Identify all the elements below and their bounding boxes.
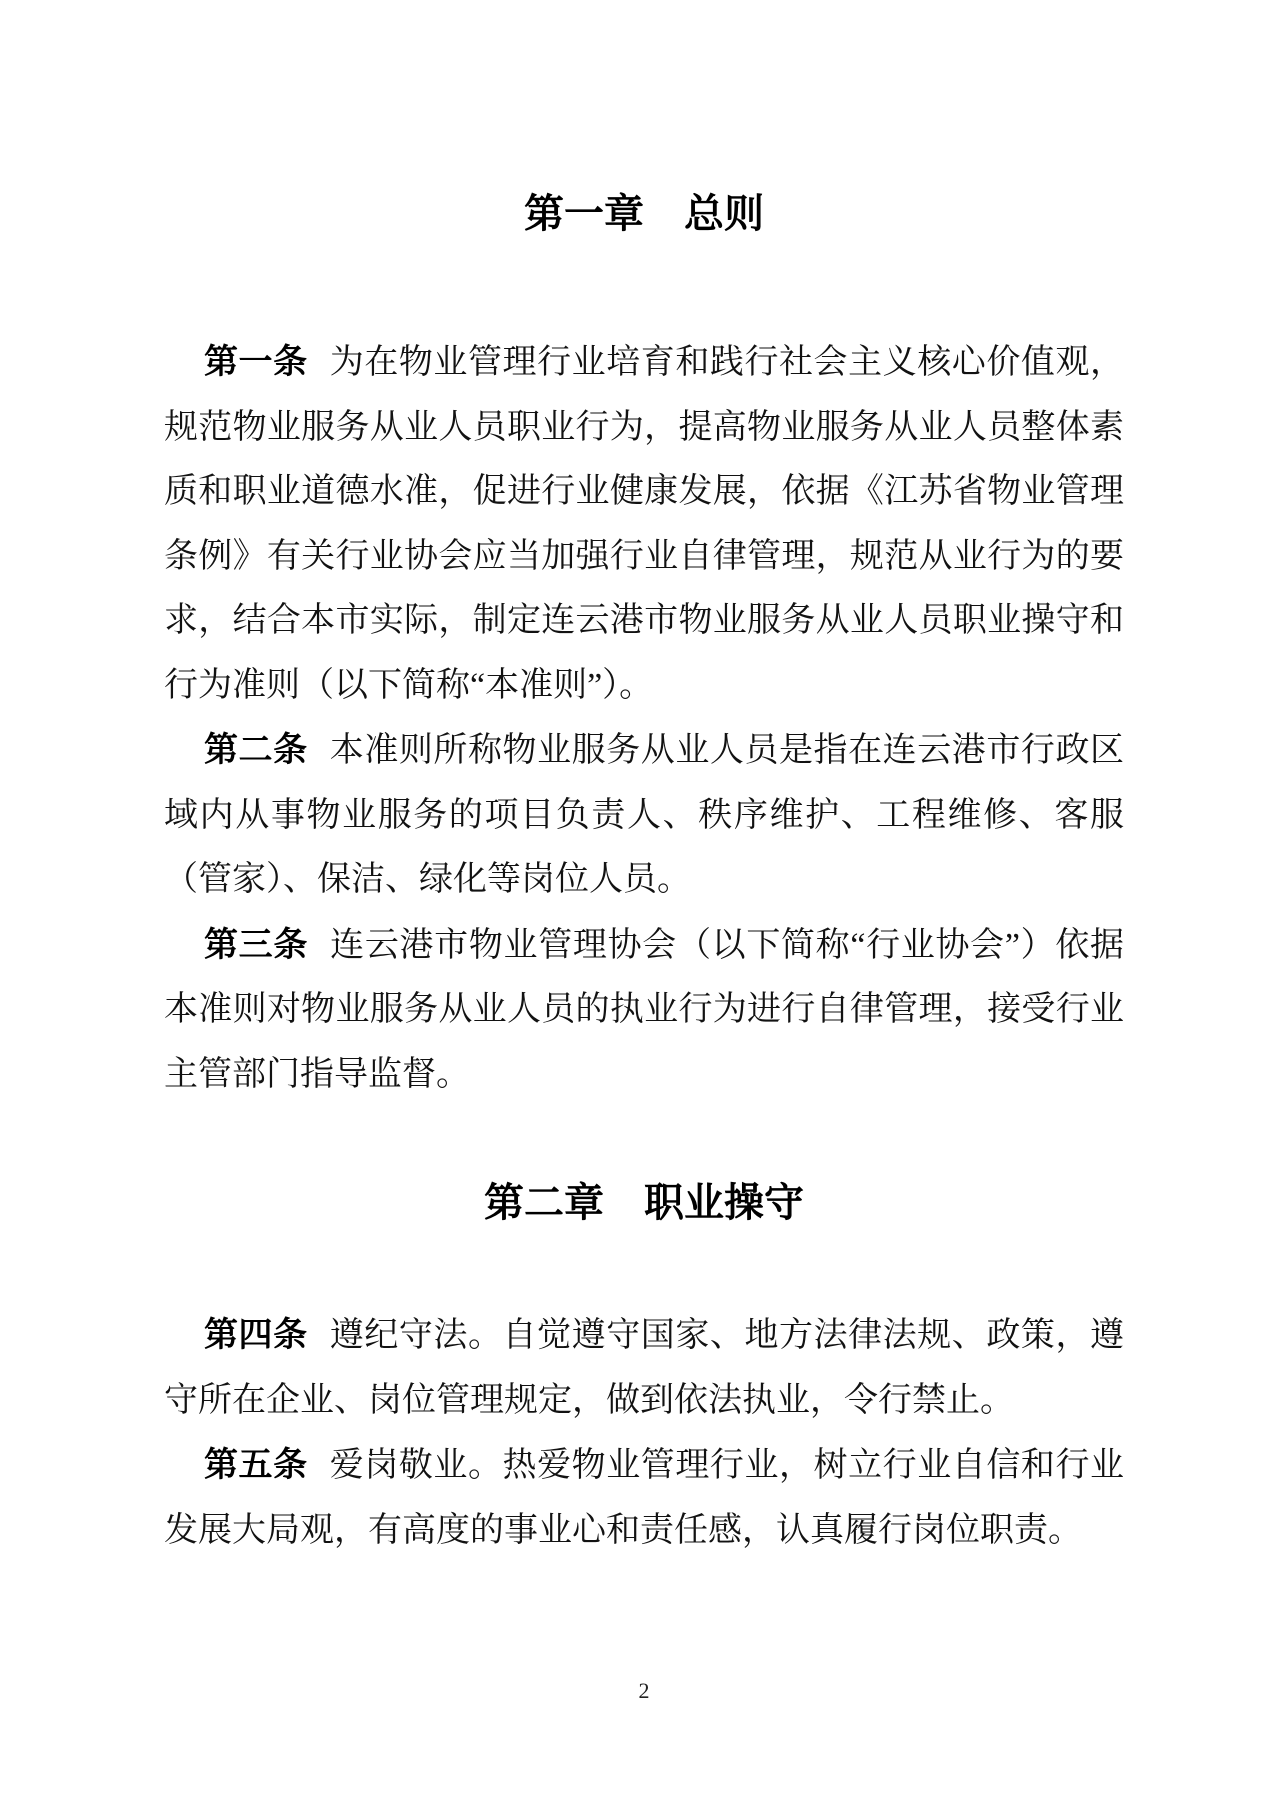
chapter-2-heading: 第二章 职业操守 <box>164 1179 1124 1227</box>
article-3-text: 连云港市物业管理协会（以下简称“行业协会”）依据本准则对物业服务从业人员的执业行… <box>164 927 1124 1093</box>
article-1-paragraph: 第一条为在物业管理行业培育和践行社会主义核心价值观，规范物业服务从业人员职业行为… <box>164 330 1124 718</box>
article-5-label: 第五条 <box>204 1446 308 1484</box>
article-3-label: 第三条 <box>204 926 308 964</box>
article-5-text: 爱岗敬业。热爱物业管理行业，树立行业自信和行业发展大局观，有高度的事业心和责任感… <box>164 1447 1124 1549</box>
article-1-label: 第一条 <box>204 343 308 381</box>
article-4-label: 第四条 <box>204 1316 308 1354</box>
page-number: 2 <box>164 1678 1124 1704</box>
article-3-paragraph: 第三条连云港市物业管理协会（以下简称“行业协会”）依据本准则对物业服务从业人员的… <box>164 913 1124 1108</box>
document-content: 第一章 总则 第一条为在物业管理行业培育和践行社会主义核心价值观，规范物业服务从… <box>164 0 1124 1563</box>
article-2-paragraph: 第二条本准则所称物业服务从业人员是指在连云港市行政区域内从事物业服务的项目负责人… <box>164 718 1124 913</box>
article-2-label: 第二条 <box>204 731 308 769</box>
article-2-text: 本准则所称物业服务从业人员是指在连云港市行政区域内从事物业服务的项目负责人、秩序… <box>164 732 1124 898</box>
document-page: 第一章 总则 第一条为在物业管理行业培育和践行社会主义核心价值观，规范物业服务从… <box>0 0 1280 1810</box>
article-4-text: 遵纪守法。自觉遵守国家、地方法律法规、政策，遵守所在企业、岗位管理规定，做到依法… <box>164 1317 1124 1419</box>
article-4-paragraph: 第四条遵纪守法。自觉遵守国家、地方法律法规、政策，遵守所在企业、岗位管理规定，做… <box>164 1303 1124 1433</box>
article-1-text: 为在物业管理行业培育和践行社会主义核心价值观，规范物业服务从业人员职业行为，提高… <box>164 344 1124 704</box>
article-5-paragraph: 第五条爱岗敬业。热爱物业管理行业，树立行业自信和行业发展大局观，有高度的事业心和… <box>164 1433 1124 1563</box>
chapter-1-heading: 第一章 总则 <box>164 190 1124 238</box>
